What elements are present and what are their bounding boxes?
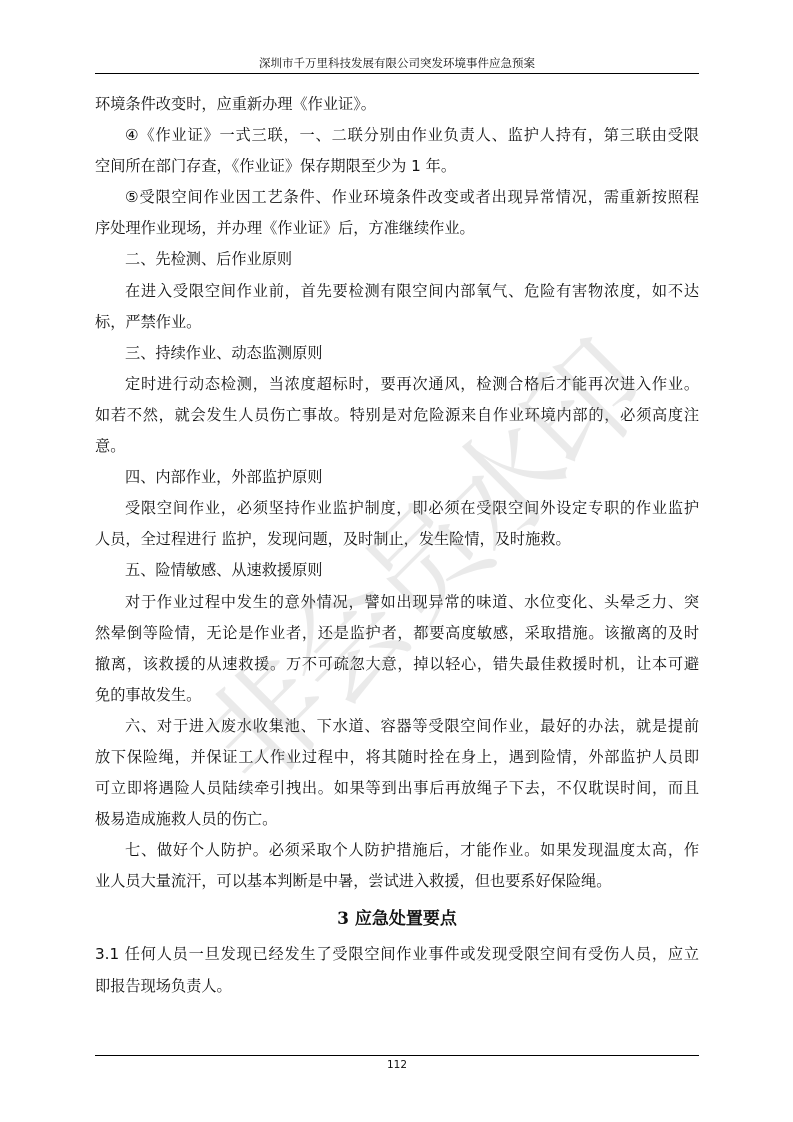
document-body: 环境条件改变时，应重新办理《作业证》。④《作业证》一式三联，一、二联分别由作业负… [95,89,699,1002]
footer-divider [95,1055,699,1056]
text-line: 免的事故发生。 [95,680,699,711]
running-header-title: 深圳市千万里科技发展有限公司突发环境事件应急预案 [95,56,699,70]
text-line: 序处理作业现场，并办理《作业证》后，方准继续作业。 [95,213,699,244]
text-line: 在进入受限空间作业前，首先要检测有限空间内部氧气、危险有害物浓度，如不达 [95,276,699,307]
paragraph-lines: 环境条件改变时，应重新办理《作业证》。④《作业证》一式三联，一、二联分别由作业负… [95,89,699,897]
document-page: 深圳市千万里科技发展有限公司突发环境事件应急预案 环境条件改变时，应重新办理《作… [0,0,793,1122]
text-line: 人员，全过程进行 监护，发现问题，及时制止，发生险情，及时施救。 [95,524,699,555]
text-line: 环境条件改变时，应重新办理《作业证》。 [95,89,699,120]
text-line: 六、对于进入废水收集池、下水道、容器等受限空间作业，最好的办法，就是提前 [95,711,699,742]
text-line: 五、险情敏感、从速救援原则 [95,555,699,586]
text-line: 如若不然，就会发生人员伤亡事故。特别是对危险源来自作业环境内部的，必须高度注 [95,400,699,431]
text-line: 撤离，该救援的从速救援。万不可疏忽大意，掉以轻心，错失最佳救援时机，让本可避 [95,649,699,680]
text-line: 定时进行动态检测，当浓度超标时，要再次通风，检测合格后才能再次进入作业。 [95,369,699,400]
text-line: 3.1 任何人员一旦发现已经发生了受限空间作业事件或发现受限空间有受伤人员，应立 [95,939,699,970]
text-line: 极易造成施救人员的伤亡。 [95,804,699,835]
text-line: 标，严禁作业。 [95,307,699,338]
section-heading: 3 应急处置要点 [95,899,699,939]
text-line: 意。 [95,431,699,462]
section-paragraph-lines: 3.1 任何人员一旦发现已经发生了受限空间作业事件或发现受限空间有受伤人员，应立… [95,939,699,1001]
text-line: 然晕倒等险情，无论是作业者，还是监护者，都要高度敏感，采取措施。该撤离的及时 [95,618,699,649]
text-line: 可立即将遇险人员陆续牵引拽出。如果等到出事后再放绳子下去，不仅耽误时间，而且 [95,773,699,804]
text-line: ⑤受限空间作业因工艺条件、作业环境条件改变或者出现异常情况，需重新按照程 [95,182,699,213]
text-line: 七、做好个人防护。必须采取个人防护措施后，才能作业。如果发现温度太高，作 [95,835,699,866]
text-line: 放下保险绳，并保证工人作业过程中，将其随时拴在身上，遇到险情，外部监护人员即 [95,742,699,773]
text-line: 二、先检测、后作业原则 [95,244,699,275]
text-line: 空间所在部门存查，《作业证》保存期限至少为 1 年。 [95,151,699,182]
text-line: 四、内部作业，外部监护原则 [95,462,699,493]
text-line: 即报告现场负责人。 [95,971,699,1002]
page-number: 112 [95,1059,699,1072]
header-divider [95,73,699,74]
text-line: 业人员大量流汗，可以基本判断是中暑，尝试进入救援，但也要系好保险绳。 [95,866,699,897]
text-line: ④《作业证》一式三联，一、二联分别由作业负责人、监护人持有，第三联由受限 [95,120,699,151]
text-line: 三、持续作业、动态监测原则 [95,338,699,369]
text-line: 受限空间作业，必须坚持作业监护制度，即必须在受限空间外设定专职的作业监护 [95,493,699,524]
text-line: 对于作业过程中发生的意外情况，譬如出现异常的味道、水位变化、头晕乏力、突 [95,587,699,618]
